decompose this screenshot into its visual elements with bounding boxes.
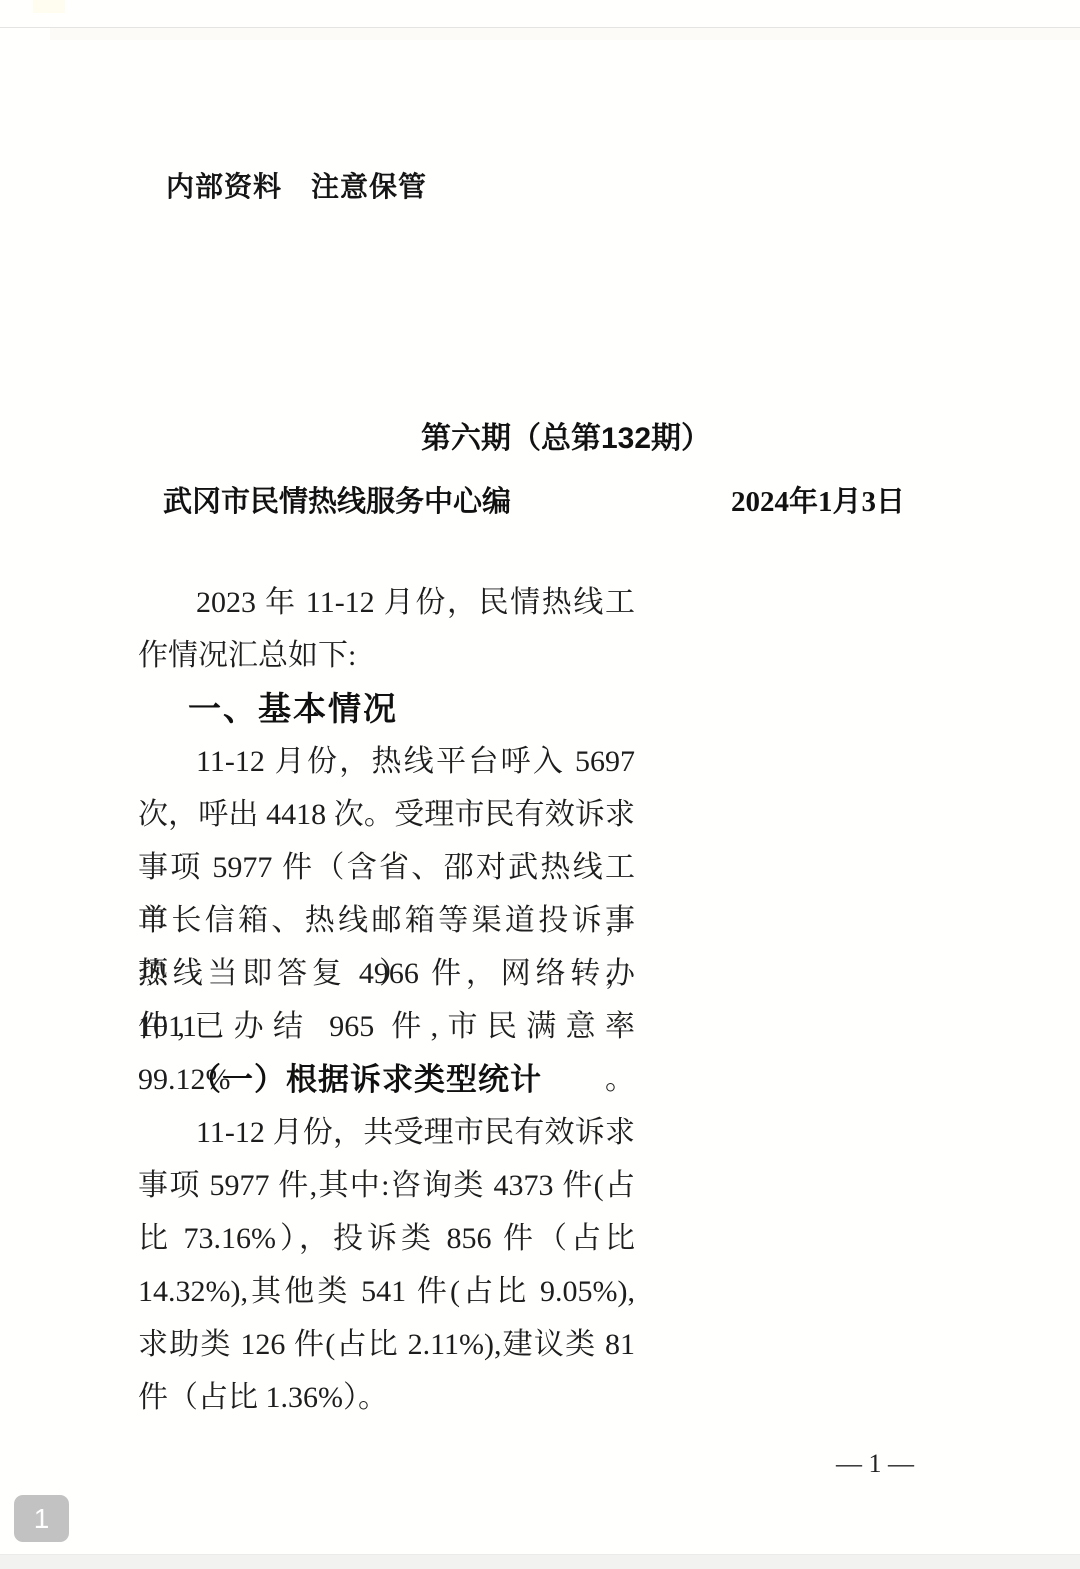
body-line: 2023 年 11-12 月份，民情热线工	[138, 576, 635, 629]
body-line: 事项 5977 件,其中:咨询类 4373 件(占	[138, 1159, 635, 1212]
scan-artifact-top	[33, 0, 65, 13]
body-line: 求助类 126 件(占比 2.11%),建议类 81	[138, 1318, 635, 1371]
publisher-name: 武冈市民情热线服务中心编	[163, 485, 511, 520]
section-heading: 一、基本情况	[138, 682, 635, 735]
body-line: 事项 5977 件（含省、邵对武热线工单，	[138, 841, 635, 894]
body-line: 热线当即答复 4966 件，网络转办 1011	[138, 947, 635, 1000]
publish-date: 2024年1月3日	[731, 485, 905, 520]
page-thumbnail-badge[interactable]: 1	[14, 1495, 69, 1542]
body-line: 市长信箱、热线邮箱等渠道投诉事项），	[138, 894, 635, 947]
body-line: 件,已办结 965 件,市民满意率 99.12%。	[138, 1000, 635, 1053]
body-line: 次，呼出 4418 次。受理市民有效诉求	[138, 788, 635, 841]
page-gap-strip	[0, 1554, 1080, 1569]
page-number: — 1 —	[820, 1449, 930, 1479]
scan-artifact-strip	[50, 28, 1080, 40]
body-line: 件（占比 1.36%）。	[138, 1371, 635, 1424]
body-line: 比 73.16%），投诉类 856 件（占比	[138, 1212, 635, 1265]
body-line: 作情况汇总如下:	[138, 629, 635, 682]
body-line: 14.32%),其他类 541 件(占比 9.05%),	[138, 1265, 635, 1318]
document-page: 内部资料 注意保管 第六期（总第132期） 武冈市民情热线服务中心编 2024年…	[0, 0, 1080, 1569]
body-line: 11-12 月份，共受理市民有效诉求	[138, 1106, 635, 1159]
confidential-notice: 内部资料 注意保管	[166, 170, 427, 204]
issue-title: 第六期（总第132期）	[421, 421, 711, 457]
body-line: 11-12 月份，热线平台呼入 5697	[138, 735, 635, 788]
document-body: 2023 年 11-12 月份，民情热线工 作情况汇总如下: 一、基本情况 11…	[138, 576, 635, 1424]
